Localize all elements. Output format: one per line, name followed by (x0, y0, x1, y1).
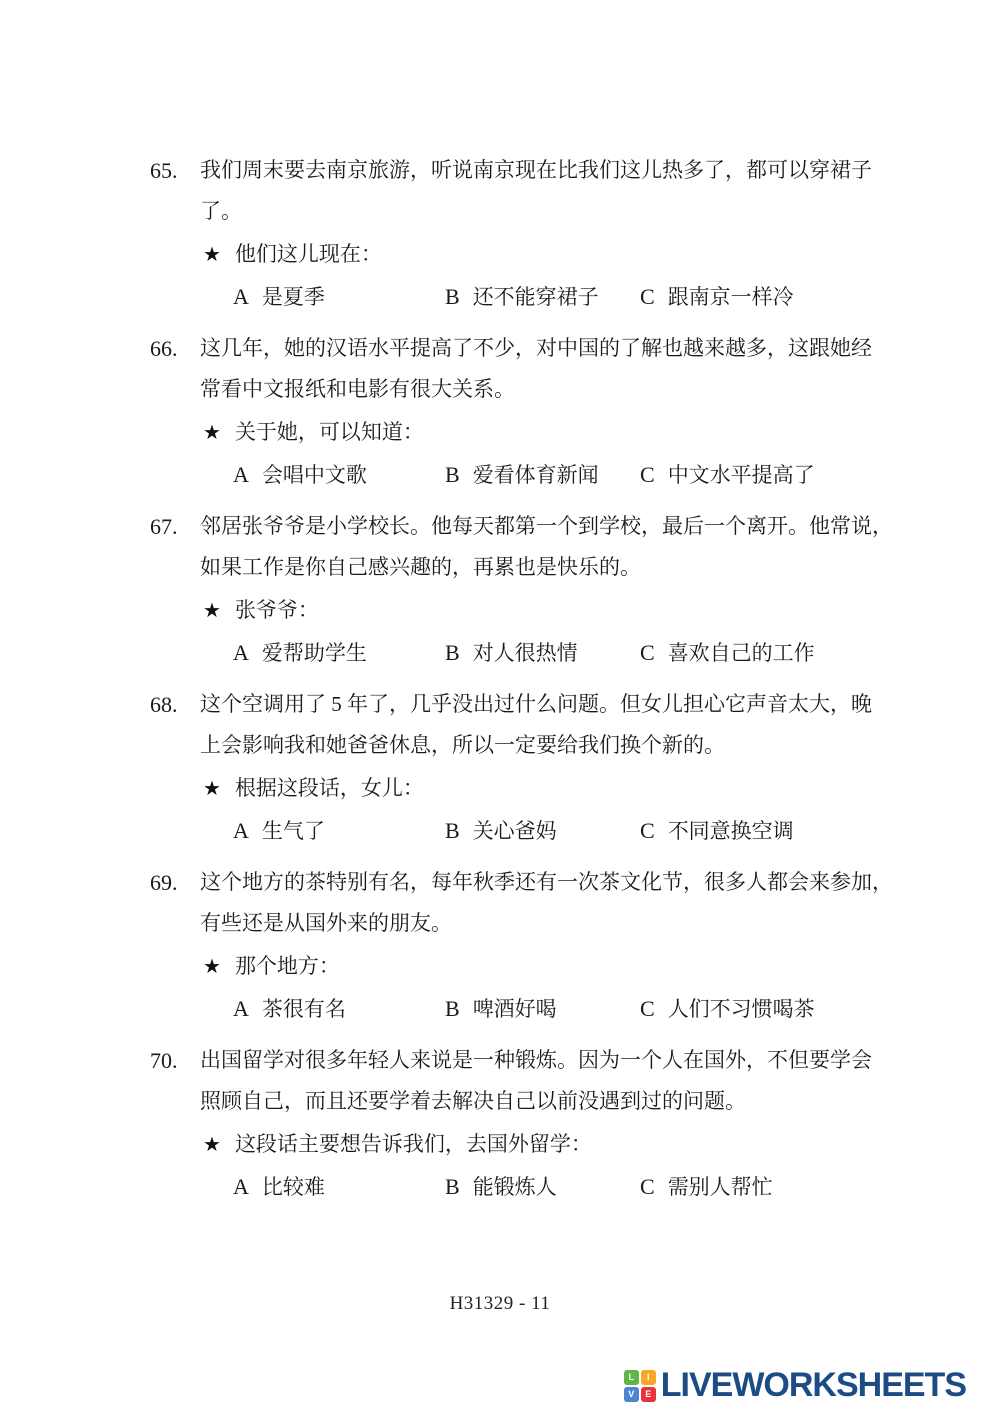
question-66: 66. 这几年，她的汉语水平提高了不少，对中国的了解也越来越多，这跟她经 常看中… (150, 328, 930, 496)
question-number: 69. (150, 862, 200, 903)
question-text: 这个空调用了 5 年了，几乎没出过什么问题。但女儿担心它声音太大，晚 上会影响我… (200, 684, 906, 766)
question-number: 65. (150, 150, 200, 191)
option-a[interactable]: A 是夏季 (233, 276, 445, 318)
question-text: 出国留学对很多年轻人来说是一种锻炼。因为一个人在国外，不但要学会 照顾自己，而且… (200, 1040, 906, 1122)
option-text: 需别人帮忙 (668, 1167, 773, 1208)
questions-section: 65. 我们周末要去南京旅游，听说南京现在比我们这儿热多了，都可以穿裙子 了。 … (150, 150, 930, 1218)
star-icon: ★ (203, 768, 221, 809)
exam-page: 65. 我们周末要去南京旅游，听说南京现在比我们这儿热多了，都可以穿裙子 了。 … (0, 0, 1000, 1414)
question-text: 这几年，她的汉语水平提高了不少，对中国的了解也越来越多，这跟她经 常看中文报纸和… (200, 328, 906, 410)
option-a[interactable]: A 比较难 (233, 1166, 445, 1208)
question-69: 69. 这个地方的茶特别有名，每年秋季还有一次茶文化节，很多人都会来参加， 有些… (150, 862, 930, 1030)
option-text: 人们不习惯喝茶 (668, 989, 815, 1030)
question-65: 65. 我们周末要去南京旅游，听说南京现在比我们这儿热多了，都可以穿裙子 了。 … (150, 150, 930, 318)
option-b[interactable]: B 对人很热情 (445, 632, 640, 674)
option-text: 比较难 (262, 1167, 325, 1208)
option-text: 关心爸妈 (473, 811, 557, 852)
liveworksheets-logo[interactable]: L I V E LIVEWORKSHEETS (624, 1366, 966, 1405)
question-prompt: 他们这儿现在： (235, 234, 382, 275)
option-text: 生气了 (262, 811, 325, 852)
option-letter: C (640, 276, 655, 317)
option-letter: A (233, 810, 249, 851)
option-text: 还不能穿裙子 (473, 277, 599, 318)
star-icon: ★ (203, 946, 221, 987)
option-text: 爱帮助学生 (262, 633, 367, 674)
option-letter: A (233, 988, 249, 1029)
page-footer-code: H31329 - 11 (0, 1293, 1000, 1315)
question-prompt: 张爷爷： (235, 590, 319, 631)
liveworksheets-tiles-icon: L I V E (624, 1370, 656, 1402)
question-text: 邻居张爷爷是小学校长。他每天都第一个到学校，最后一个离开。他常说， 如果工作是你… (200, 506, 906, 588)
option-text: 爱看体育新闻 (473, 455, 599, 496)
option-text: 喜欢自己的工作 (668, 633, 815, 674)
star-icon: ★ (203, 234, 221, 275)
question-prompt: 关于她，可以知道： (235, 412, 424, 453)
option-letter: C (640, 988, 655, 1029)
option-letter: B (445, 276, 460, 317)
option-c[interactable]: C 中文水平提高了 (640, 454, 815, 496)
option-letter: B (445, 632, 460, 673)
option-c[interactable]: C 不同意换空调 (640, 810, 794, 852)
question-number: 66. (150, 328, 200, 369)
option-c[interactable]: C 跟南京一样冷 (640, 276, 794, 318)
option-b[interactable]: B 啤酒好喝 (445, 988, 640, 1030)
logo-tile-e: E (641, 1387, 656, 1402)
question-text: 我们周末要去南京旅游，听说南京现在比我们这儿热多了，都可以穿裙子 了。 (200, 150, 906, 232)
question-prompt: 根据这段话，女儿： (235, 768, 424, 809)
option-letter: B (445, 454, 460, 495)
question-number: 67. (150, 506, 200, 547)
logo-tile-i: I (641, 1370, 656, 1385)
option-letter: C (640, 632, 655, 673)
logo-tile-v: V (624, 1387, 639, 1402)
option-text: 不同意换空调 (668, 811, 794, 852)
option-b[interactable]: B 还不能穿裙子 (445, 276, 640, 318)
option-letter: B (445, 810, 460, 851)
star-icon: ★ (203, 1124, 221, 1165)
logo-tile-l: L (624, 1370, 639, 1385)
option-a[interactable]: A 会唱中文歌 (233, 454, 445, 496)
star-icon: ★ (203, 590, 221, 631)
brand-wordmark: LIVEWORKSHEETS (661, 1366, 966, 1405)
option-text: 能锻炼人 (473, 1167, 557, 1208)
option-b[interactable]: B 能锻炼人 (445, 1166, 640, 1208)
option-c[interactable]: C 喜欢自己的工作 (640, 632, 815, 674)
option-c[interactable]: C 需别人帮忙 (640, 1166, 773, 1208)
option-letter: C (640, 454, 655, 495)
option-b[interactable]: B 爱看体育新闻 (445, 454, 640, 496)
question-70: 70. 出国留学对很多年轻人来说是一种锻炼。因为一个人在国外，不但要学会 照顾自… (150, 1040, 930, 1208)
question-68: 68. 这个空调用了 5 年了，几乎没出过什么问题。但女儿担心它声音太大，晚 上… (150, 684, 930, 852)
option-a[interactable]: A 爱帮助学生 (233, 632, 445, 674)
question-number: 70. (150, 1040, 200, 1081)
option-c[interactable]: C 人们不习惯喝茶 (640, 988, 815, 1030)
option-text: 跟南京一样冷 (668, 277, 794, 318)
question-prompt: 那个地方： (235, 946, 340, 987)
option-letter: B (445, 988, 460, 1029)
question-prompt: 这段话主要想告诉我们，去国外留学： (235, 1124, 592, 1165)
option-text: 中文水平提高了 (668, 455, 815, 496)
option-text: 对人很热情 (473, 633, 578, 674)
option-letter: A (233, 276, 249, 317)
question-number: 68. (150, 684, 200, 725)
option-text: 会唱中文歌 (262, 455, 367, 496)
option-b[interactable]: B 关心爸妈 (445, 810, 640, 852)
option-a[interactable]: A 生气了 (233, 810, 445, 852)
option-letter: C (640, 1166, 655, 1207)
option-text: 啤酒好喝 (473, 989, 557, 1030)
option-text: 茶很有名 (262, 989, 346, 1030)
option-text: 是夏季 (262, 277, 325, 318)
option-a[interactable]: A 茶很有名 (233, 988, 445, 1030)
option-letter: A (233, 454, 249, 495)
question-text: 这个地方的茶特别有名，每年秋季还有一次茶文化节，很多人都会来参加， 有些还是从国… (200, 862, 906, 944)
option-letter: A (233, 1166, 249, 1207)
option-letter: A (233, 632, 249, 673)
question-67: 67. 邻居张爷爷是小学校长。他每天都第一个到学校，最后一个离开。他常说， 如果… (150, 506, 930, 674)
option-letter: C (640, 810, 655, 851)
option-letter: B (445, 1166, 460, 1207)
star-icon: ★ (203, 412, 221, 453)
